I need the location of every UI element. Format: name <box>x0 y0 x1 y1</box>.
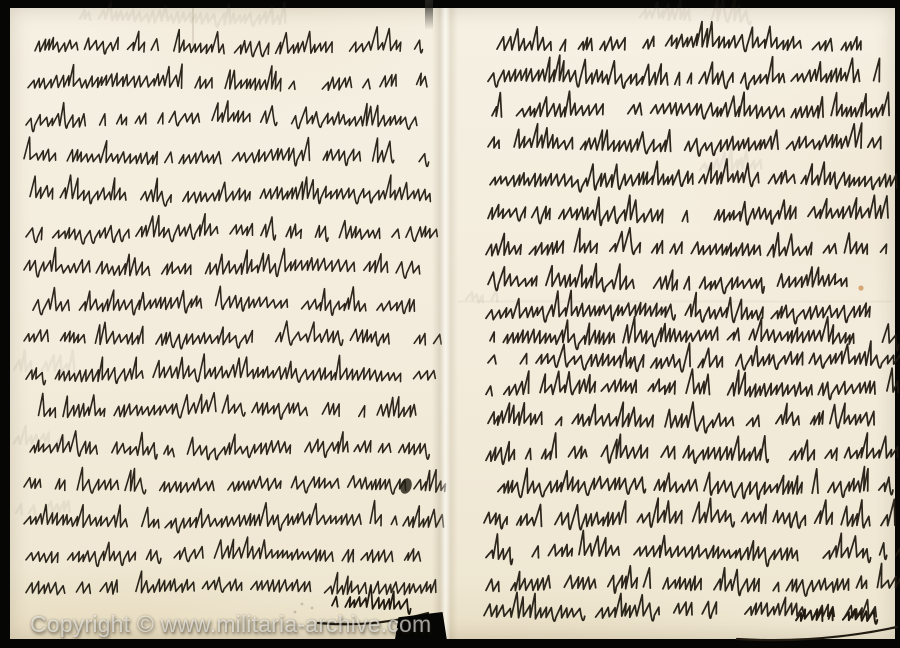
handwriting-page-right <box>484 22 900 641</box>
rust-speck <box>858 285 863 290</box>
handwriting-page-left <box>24 27 445 624</box>
paper-crease-vertical <box>192 8 194 46</box>
letter-scan: Copyright © www.militaria-archive.com <box>0 0 900 648</box>
fold-top-shadow <box>425 0 433 30</box>
handwriting-layer <box>0 0 900 648</box>
pencil-dot <box>301 603 304 606</box>
paper-crease-horizontal <box>458 300 892 303</box>
watermark-text: Copyright © www.militaria-archive.com <box>30 613 431 636</box>
pencil-dot <box>311 607 314 610</box>
